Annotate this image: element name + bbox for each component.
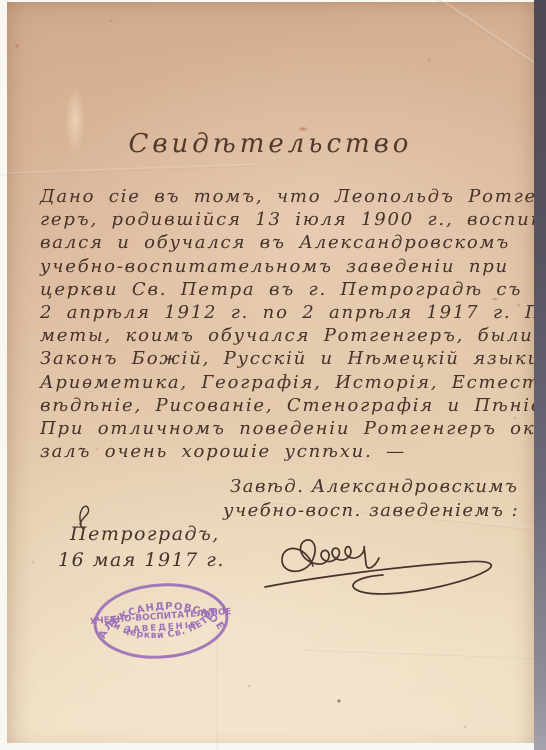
certificate-line-3: вался и обучался въ Александровскомъ bbox=[40, 231, 546, 254]
certificate-line-1: Дано сіе въ томъ, что Леопольдъ Ротген- bbox=[40, 185, 546, 208]
crease-line bbox=[0, 163, 260, 175]
certificate-line-5: церкви Св. Петра въ г. Петроградѣ съ bbox=[40, 278, 546, 301]
certificate-line-11: При отличномъ поведеніи Ротгенгеръ ока- bbox=[40, 417, 546, 440]
certificate-line-7: меты, коимъ обучался Ротгенгеръ, были: bbox=[40, 324, 546, 347]
signer-role-line-2: учебно-восп. заведеніемъ : bbox=[223, 500, 519, 521]
certificate-body: Дано сіе въ томъ, что Леопольдъ Ротген- … bbox=[40, 185, 546, 463]
certificate-title: Свидѣтельство bbox=[7, 129, 534, 159]
official-stamp: АЛЕКСАНДРОВСКОЕ УЧЕБНО-ВОСПИТАТЕЛЬНОЕ ЗА… bbox=[88, 576, 233, 666]
place-line: Петроградъ, bbox=[70, 523, 220, 545]
certificate-line-8: Законъ Божій, Русскій и Нѣмецкій языки, bbox=[40, 347, 546, 370]
crease-line bbox=[422, 0, 546, 104]
scan-edge-shadow bbox=[534, 0, 546, 750]
certificate-line-12: залъ очень хорошіе успѣхи. — bbox=[40, 440, 546, 463]
signature bbox=[261, 520, 511, 605]
certificate-paper: Свидѣтельство Дано сіе въ томъ, что Леоп… bbox=[7, 2, 534, 743]
date-line: 16 мая 1917 г. bbox=[58, 549, 225, 571]
certificate-line-2: геръ, родившійся 13 іюля 1900 г., воспит… bbox=[40, 208, 546, 231]
crease-line bbox=[302, 648, 542, 659]
certificate-line-6: 2 апрѣля 1912 г. по 2 апрѣля 1917 г. Пре… bbox=[40, 301, 546, 324]
certificate-line-4: учебно-воспитательномъ заведеніи при bbox=[40, 255, 546, 278]
scanned-certificate: Свидѣтельство Дано сіе въ томъ, что Леоп… bbox=[0, 0, 546, 750]
certificate-line-10: вѣдѣніе, Рисованіе, Стенографія и Пѣніе bbox=[40, 394, 546, 417]
signer-role-line-1: Завѣд. Александровскимъ bbox=[230, 476, 518, 497]
certificate-line-9: Ариѳметика, Географія, Исторія, Естество… bbox=[40, 371, 546, 394]
